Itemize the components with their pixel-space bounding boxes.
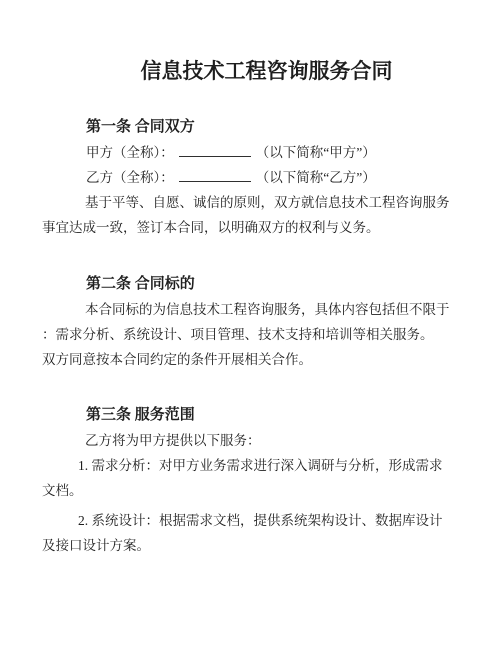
document-title: 信息技术工程咨询服务合同 [78,57,455,86]
article-3-heading: 第三条 服务范围 [86,403,455,428]
article-2-body-paragraph: 本合同标的为信息技术工程咨询服务，具体内容包括但不限于 ：需求分析、系统设计、项… [42,297,455,372]
party-b-blank-underline [179,169,251,182]
party-b-line: 乙方（全称）：（以下简称“乙方”） [42,165,455,190]
service-item-2-system-design: 2. 系统设计：根据需求文档，提供系统架构设计、数据库设计 及接口设计方案。 [42,508,455,558]
contract-document-page: 信息技术工程咨询服务合同 第一条 合同双方 甲方（全称）：（以下简称“甲方”） … [0,0,500,647]
party-b-label: 乙方（全称）： [86,170,174,185]
article-1-heading: 第一条 合同双方 [86,115,455,140]
service-item-1-requirement-analysis: 1. 需求分析：对甲方业务需求进行深入调研与分析，形成需求 文档。 [42,453,455,503]
party-a-blank-underline [179,144,251,157]
party-a-label: 甲方（全称）： [86,145,174,160]
party-b-short-name: （以下简称“乙方”） [256,170,376,185]
article-1-body-paragraph: 基于平等、自愿、诚信的原则，双方就信息技术工程咨询服务 事宜达成一致，签订本合同… [42,190,455,240]
party-a-line: 甲方（全称）：（以下简称“甲方”） [42,140,455,165]
party-a-short-name: （以下简称“甲方”） [256,145,376,160]
article-2-heading: 第二条 合同标的 [86,272,455,297]
article-3-intro-line: 乙方将为甲方提供以下服务： [42,428,455,453]
